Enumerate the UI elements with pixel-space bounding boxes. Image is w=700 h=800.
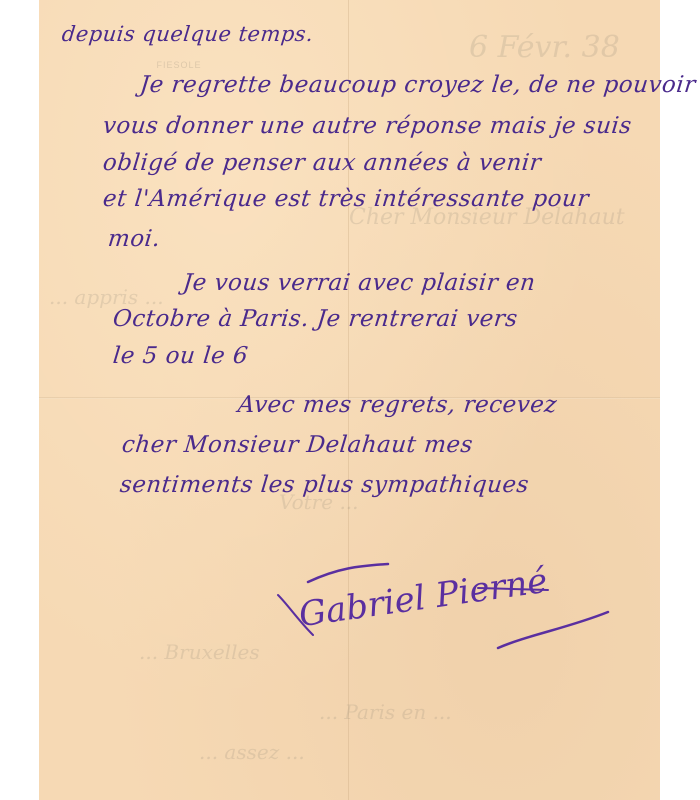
bleed-through-date: 6 Févr. 38 [469,30,620,65]
letter-line-5: et l'Amérique est très intéressante pour [102,186,591,212]
letter-line-11: cher Monsieur Delahaut mes [121,432,475,458]
letter-line-12: sentiments les plus sympathiques [119,472,531,498]
signature: Gabriel Pierné [268,560,618,670]
letter-line-2: Je regrette beaucoup croyez le, de ne po… [139,72,697,98]
letter-line-3: vous donner une autre réponse mais je su… [102,113,633,139]
bleed-through-line: ... Bruxelles [139,640,260,664]
letter-line-9: le 5 ou le 6 [112,343,250,369]
letterhead-line: FIESOLE [139,58,219,72]
bleed-through-line: ... Paris en ... [319,700,452,724]
letter-line-4: obligé de penser aux années à venir [102,150,543,176]
letter-line-1: depuis quelque temps. [61,22,315,46]
letter-line-10: Avec mes regrets, recevez [237,392,559,418]
letter-line-6: moi. [107,226,162,252]
bleed-through-line: ... assez ... [199,740,305,764]
letter-line-8: Octobre à Paris. Je rentrerai vers [112,306,519,332]
letter-line-7: Je vous verrai avec plaisir en [182,270,537,296]
faint-letterhead: FIESOLE [139,58,219,72]
